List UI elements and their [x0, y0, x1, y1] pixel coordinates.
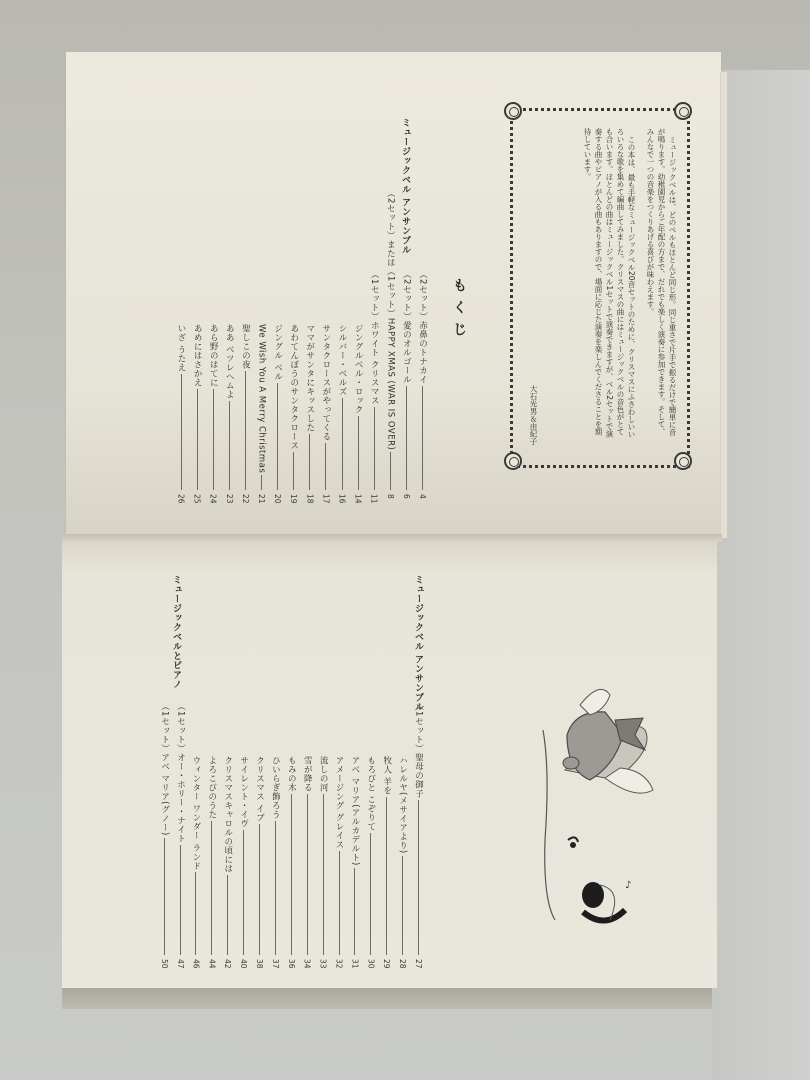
toc-entry-song: あめにはさかえ: [192, 324, 202, 387]
toc-entry-song: 聖しこの夜: [240, 324, 250, 369]
leader-line: [229, 401, 230, 490]
toc-entry-title: アメージング グレイス: [335, 756, 344, 849]
leader-line: [261, 475, 262, 490]
page-number: 26: [177, 494, 186, 504]
toc-entry-title: （1セット）ホワイト クリスマス: [370, 270, 379, 405]
page-number: 11: [370, 494, 379, 504]
leader-line: [339, 851, 340, 955]
page-number: 16: [338, 494, 347, 504]
toc-entry-title: （1セット）聖母の御子: [414, 702, 423, 798]
toc-entry-set-label: （1セット）: [369, 270, 379, 321]
leader-line: [181, 374, 182, 490]
leader-line: [275, 821, 276, 955]
toc-entry-song: もろびと こぞりて: [366, 756, 376, 831]
leader-line: [390, 452, 391, 490]
toc-entry-song: もみの木: [286, 756, 296, 792]
toc-entry-song: 雪が降る: [302, 756, 312, 792]
toc-entry-set-label: （2セット）: [418, 270, 428, 321]
leader-line: [227, 875, 228, 955]
toc-entry-song: ホワイト クリスマス: [369, 321, 379, 405]
toc-entry-title: もろびと こぞりて: [366, 756, 375, 831]
toc-entry-song: あら野のはてに: [208, 324, 218, 387]
toc-entry-title: あめにはさかえ: [193, 324, 202, 387]
toc-entry-title: （2セット）愛のオルゴール: [402, 270, 411, 384]
toc-entry-title: ひいらぎ飾ろう: [271, 756, 280, 819]
page-number: 32: [335, 959, 344, 969]
booklet-edge: [62, 985, 712, 1009]
leader-line: [406, 386, 407, 490]
toc-entry-title: いざ うたえ: [177, 324, 186, 372]
toc-entry-title: ああ ベツレヘムよ: [225, 324, 234, 399]
toc-entry-title: アベ マリア(アルカデルト): [350, 756, 359, 866]
page-number: 34: [303, 959, 312, 969]
page-number: 18: [305, 494, 314, 504]
leader-line: [358, 416, 359, 490]
leader-line: [245, 371, 246, 490]
toc-entry-title: ジングルベル・ロック: [354, 324, 363, 414]
toc-entry-set-label: （2セット）または（1セット）: [385, 189, 395, 318]
leader-line: [259, 824, 260, 955]
toc-title: もくじ: [452, 278, 466, 344]
toc-entry-song: よろこびのうた: [207, 756, 217, 819]
toc-entry-title: サイレント・イヴ: [239, 756, 248, 828]
toc-entry-set-label: （2セット）: [401, 270, 411, 321]
music-note-icon: [568, 837, 578, 848]
leader-line: [309, 434, 310, 490]
toc-entry-title: We Wish You A Merry Christmas: [257, 324, 266, 473]
section-heading: ミュージックベル アンサンブル: [400, 118, 409, 255]
leader-line: [180, 845, 181, 955]
page-number: 40: [239, 959, 248, 969]
music-note-icon: [582, 882, 625, 921]
toc-entry-title: サンタクロースがやってくる: [321, 324, 330, 441]
toc-entry-song: シルバー・ベルズ: [337, 324, 347, 396]
toc-entry-title: あわてんぼうのサンタクロース: [289, 324, 298, 450]
leader-line: [325, 443, 326, 490]
toc-entry-title: 聖しこの夜: [241, 324, 250, 369]
page-number: 17: [321, 494, 330, 504]
toc-entry-song: 愛のオルゴール: [401, 321, 411, 384]
page-number: 36: [287, 959, 296, 969]
page-number: 38: [255, 959, 264, 969]
toc-entry-song: クリスマス イブ: [255, 756, 265, 822]
page-number: 30: [366, 959, 375, 969]
toc-entry-song: あわてんぼうのサンタクロース: [289, 324, 299, 450]
toc-entry-song: HAPPY XMAS (WAR IS OVER): [385, 318, 395, 450]
leader-line: [211, 821, 212, 955]
page-number: 27: [414, 959, 423, 969]
page-number: 6: [402, 494, 411, 499]
leader-line: [374, 407, 375, 490]
toc-entry-title: （1セット）オー・ホリー・ナイト: [176, 702, 185, 843]
leader-line: [418, 800, 419, 955]
book-gutter: [62, 534, 722, 542]
ornament-icon: [674, 452, 692, 470]
toc-entry-title: 雪が降る: [303, 756, 312, 792]
leader-line: [370, 833, 371, 955]
page-number: 37: [271, 959, 280, 969]
toc-entry-title: 牧人 羊を: [382, 756, 391, 795]
leader-line: [243, 830, 244, 955]
toc-entry-set-label: （1セット）: [176, 702, 186, 753]
toc-entry-song: 赤鼻のトナカイ: [418, 321, 428, 384]
preface-author: 大石光男＆由紀子: [528, 385, 539, 445]
page-number: 4: [418, 494, 427, 499]
svg-text:♪: ♪: [625, 880, 631, 891]
ornament-icon: [504, 452, 522, 470]
toc-entry-song: オー・ホリー・ナイト: [176, 753, 186, 843]
toc-entry-title: クリスマス イブ: [255, 756, 264, 822]
ornament-icon: [674, 102, 692, 120]
leader-line: [195, 872, 196, 955]
page-number: 42: [223, 959, 232, 969]
ornament-icon: [504, 102, 522, 120]
toc-entry-title: ハレルヤ(メサイアより): [398, 756, 407, 854]
toc-entry-title: ウィンター ワンダー ランド: [191, 756, 200, 870]
toc-entry-title: クリスマスキャロルの頃には: [223, 756, 232, 873]
page-number: 22: [241, 494, 250, 504]
page-number: 23: [225, 494, 234, 504]
toc-entry-title: あら野のはてに: [209, 324, 218, 387]
toc-entry-title: よろこびのうた: [207, 756, 216, 819]
toc-entry-song: アベ マリア(グノー): [160, 753, 170, 836]
leader-line: [402, 856, 403, 955]
page-number: 21: [257, 494, 266, 504]
page-number: 33: [319, 959, 328, 969]
page-number: 44: [207, 959, 216, 969]
toc-entry-song: ハレルヤ(メサイアより): [398, 756, 408, 854]
page-number: 25: [193, 494, 202, 504]
page-number: 24: [209, 494, 218, 504]
page-number: 8: [386, 494, 395, 499]
preface-paragraph: ミュージックベルは、どのベルもほとんど同じ形。同じ重さで片手で振るだけで簡単に音…: [645, 128, 678, 438]
preface-text: ミュージックベルは、どのベルもほとんど同じ形。同じ重さで片手で振るだけで簡単に音…: [578, 128, 678, 438]
toc-entry-title: （2セット）または（1セット）HAPPY XMAS (WAR IS OVER): [386, 189, 395, 450]
toc-entry-song: 聖母の御子: [414, 753, 424, 798]
toc-entry-song: ああ ベツレヘムよ: [224, 324, 234, 399]
toc-entry-song: ジングルベル・ロック: [353, 324, 363, 414]
page-stack-edge: [720, 72, 727, 538]
page-number: 46: [191, 959, 200, 969]
toc-entry-set-label: （1セット）: [160, 702, 170, 753]
leader-line: [354, 868, 355, 955]
leader-line: [386, 797, 387, 955]
page-number: 14: [354, 494, 363, 504]
toc-entry-title: ママがサンタにキッスした: [305, 324, 314, 432]
toc-entry-title: もみの木: [287, 756, 296, 792]
toc-entry-song: クリスマスキャロルの頃には: [223, 756, 233, 873]
page-number: 19: [289, 494, 298, 504]
leader-line: [342, 398, 343, 490]
page-number: 50: [160, 959, 169, 969]
toc-entry-title: 流しの河: [319, 756, 328, 792]
preface-paragraph: この本は、最も手軽なミュージックベル20音セットのために、クリスマスにふさわしい…: [582, 128, 637, 438]
leader-line: [213, 389, 214, 490]
toc-entry-song: アベ マリア(アルカデルト): [350, 756, 360, 866]
leader-line: [323, 794, 324, 955]
leader-line: [422, 386, 423, 490]
toc-entry-title: （1セット）アベ マリア(グノー): [160, 702, 169, 836]
page-number: 29: [382, 959, 391, 969]
toc-entry-song: サンタクロースがやってくる: [321, 324, 331, 441]
page-number: 28: [398, 959, 407, 969]
toc-entry-song: ウィンター ワンダー ランド: [191, 756, 201, 870]
leader-line: [197, 389, 198, 490]
toc-entry-song: アメージング グレイス: [334, 756, 344, 849]
page-number: 31: [350, 959, 359, 969]
section-heading: ミュージックベル アンサンブル: [413, 575, 422, 712]
leader-line: [291, 794, 292, 955]
leader-line: [164, 838, 165, 955]
leader-line: [307, 794, 308, 955]
toc-entry-song: いざ うたえ: [176, 324, 186, 372]
toc-entry-title: （2セット）赤鼻のトナカイ: [418, 270, 427, 384]
toc-entry-song: ひいらぎ飾ろう: [270, 756, 280, 819]
bell-illustration: ♪: [505, 640, 705, 940]
toc-entry-song: 流しの河: [318, 756, 328, 792]
page-number: 47: [176, 959, 185, 969]
leader-line: [277, 383, 278, 490]
page-number: 20: [273, 494, 282, 504]
toc-entry-song: ママがサンタにキッスした: [305, 324, 315, 432]
toc-entry-song: サイレント・イヴ: [239, 756, 249, 828]
toc-entry-song: We Wish You A Merry Christmas: [257, 324, 267, 473]
section-heading: ミュージックベルとピアノ: [171, 575, 180, 689]
leader-line: [293, 452, 294, 490]
toc-entry-title: ジングル ベル: [273, 324, 282, 381]
toc-entry-song: ジングル ベル: [273, 324, 283, 381]
toc-entry-set-label: （1セット）: [414, 702, 424, 753]
toc-entry-title: シルバー・ベルズ: [338, 324, 347, 396]
toc-entry-song: 牧人 羊を: [382, 756, 392, 795]
